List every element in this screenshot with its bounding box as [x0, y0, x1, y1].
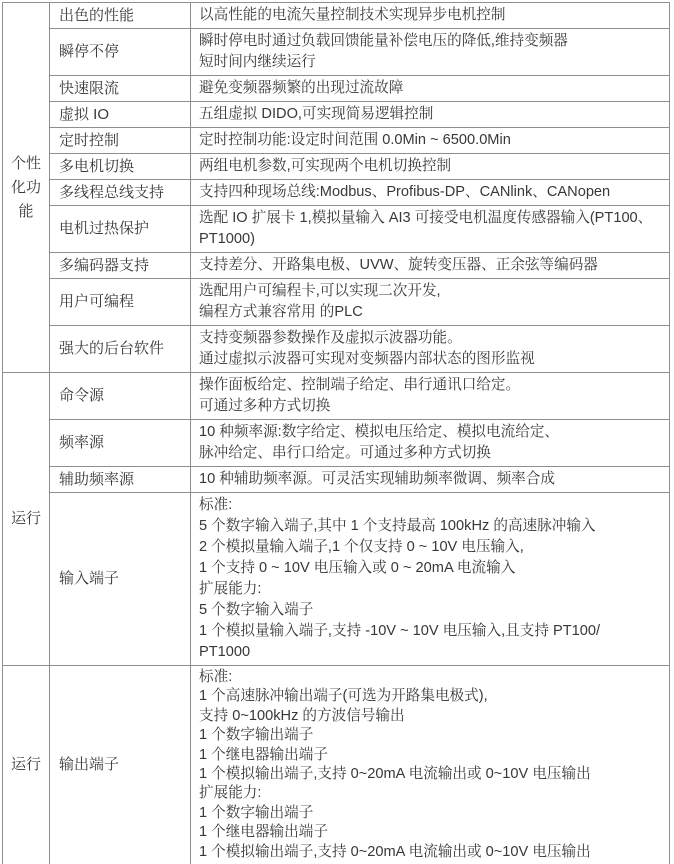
table-row: 电机过热保护 选配 IO 扩展卡 1,模拟量输入 AI3 可接受电机温度传感器输…: [50, 206, 669, 253]
feature-description-cell: 选配 IO 扩展卡 1,模拟量输入 AI3 可接受电机温度传感器输入(PT100…: [191, 206, 669, 252]
table-row: 强大的后台软件 支持变频器参数操作及虚拟示波器功能。 通过虚拟示波器可实现对变频…: [50, 326, 669, 372]
feature-name-cell: 输出端子: [50, 666, 191, 864]
feature-description-cell: 支持四种现场总线:Modbus、Profibus-DP、CANlink、CANo…: [191, 180, 669, 205]
feature-description-cell: 定时控制功能:设定时间范围 0.0Min ~ 6500.0Min: [191, 128, 669, 153]
feature-description-cell: 操作面板给定、控制端子给定、串行通讯口给定。 可通过多种方式切换: [191, 373, 669, 419]
feature-name-cell: 多编码器支持: [50, 253, 191, 278]
section-rows: 输出端子 标准: 1 个高速脉冲输出端子(可选为开路集电极式), 支持 0~10…: [50, 666, 669, 864]
feature-name-cell: 频率源: [50, 420, 191, 466]
table-row: 快速限流 避免变频器频繁的出现过流故障: [50, 76, 669, 102]
category-cell: 运行: [3, 373, 50, 665]
section-operation-2: 运行 输出端子 标准: 1 个高速脉冲输出端子(可选为开路集电极式), 支持 0…: [3, 666, 669, 864]
table-row: 输出端子 标准: 1 个高速脉冲输出端子(可选为开路集电极式), 支持 0~10…: [50, 666, 669, 864]
feature-name-cell: 用户可编程: [50, 279, 191, 325]
feature-name-cell: 电机过热保护: [50, 206, 191, 252]
feature-description-cell: 五组虚拟 DIDO,可实现简易逻辑控制: [191, 102, 669, 127]
feature-description-cell: 标准: 1 个高速脉冲输出端子(可选为开路集电极式), 支持 0~100kHz …: [191, 666, 669, 864]
feature-description-cell: 避免变频器频繁的出现过流故障: [191, 76, 669, 101]
feature-description-cell: 以高性能的电流矢量控制技术实现异步电机控制: [191, 3, 669, 28]
section-rows: 命令源 操作面板给定、控制端子给定、串行通讯口给定。 可通过多种方式切换 频率源…: [50, 373, 669, 665]
feature-name-cell: 多电机切换: [50, 154, 191, 179]
section-personalization: 个性化功能 出色的性能 以高性能的电流矢量控制技术实现异步电机控制 瞬停不停 瞬…: [3, 3, 669, 373]
feature-name-cell: 辅助频率源: [50, 467, 191, 492]
feature-description-cell: 选配用户可编程卡,可以实现二次开发, 编程方式兼容常用 的PLC: [191, 279, 669, 325]
category-cell: 运行: [3, 666, 50, 864]
section-operation-1: 运行 命令源 操作面板给定、控制端子给定、串行通讯口给定。 可通过多种方式切换 …: [3, 373, 669, 666]
feature-description-cell: 10 种辅助频率源。可灵活实现辅助频率微调、频率合成: [191, 467, 669, 492]
table-row: 瞬停不停 瞬时停电时通过负载回馈能量补偿电压的降低,维持变频器 短时间内继续运行: [50, 29, 669, 76]
feature-description-cell: 标准: 5 个数字输入端子,其中 1 个支持最高 100kHz 的高速脉冲输入 …: [191, 493, 669, 665]
feature-description-cell: 两组电机参数,可实现两个电机切换控制: [191, 154, 669, 179]
feature-description-cell: 支持变频器参数操作及虚拟示波器功能。 通过虚拟示波器可实现对变频器内部状态的图形…: [191, 326, 669, 372]
feature-description-cell: 支持差分、开路集电极、UVW、旋转变压器、正余弦等编码器: [191, 253, 669, 278]
feature-name-cell: 快速限流: [50, 76, 191, 101]
category-cell: 个性化功能: [3, 3, 50, 372]
table-row: 辅助频率源 10 种辅助频率源。可灵活实现辅助频率微调、频率合成: [50, 467, 669, 493]
table-row: 多编码器支持 支持差分、开路集电极、UVW、旋转变压器、正余弦等编码器: [50, 253, 669, 279]
feature-description-cell: 10 种频率源:数字给定、模拟电压给定、模拟电流给定、 脉冲给定、串行口给定。可…: [191, 420, 669, 466]
feature-name-cell: 命令源: [50, 373, 191, 419]
feature-name-cell: 多线程总线支持: [50, 180, 191, 205]
feature-name-cell: 输入端子: [50, 493, 191, 665]
feature-name-cell: 出色的性能: [50, 3, 191, 28]
table-row: 命令源 操作面板给定、控制端子给定、串行通讯口给定。 可通过多种方式切换: [50, 373, 669, 420]
table-row: 输入端子 标准: 5 个数字输入端子,其中 1 个支持最高 100kHz 的高速…: [50, 493, 669, 665]
table-row: 出色的性能 以高性能的电流矢量控制技术实现异步电机控制: [50, 3, 669, 29]
spec-document-page: 个性化功能 出色的性能 以高性能的电流矢量控制技术实现异步电机控制 瞬停不停 瞬…: [0, 0, 674, 864]
table-row: 频率源 10 种频率源:数字给定、模拟电压给定、模拟电流给定、 脉冲给定、串行口…: [50, 420, 669, 467]
feature-name-cell: 定时控制: [50, 128, 191, 153]
feature-name-cell: 瞬停不停: [50, 29, 191, 75]
feature-name-cell: 虚拟 IO: [50, 102, 191, 127]
section-rows: 出色的性能 以高性能的电流矢量控制技术实现异步电机控制 瞬停不停 瞬时停电时通过…: [50, 3, 669, 372]
table-row: 虚拟 IO 五组虚拟 DIDO,可实现简易逻辑控制: [50, 102, 669, 128]
feature-name-cell: 强大的后台软件: [50, 326, 191, 372]
table-row: 多线程总线支持 支持四种现场总线:Modbus、Profibus-DP、CANl…: [50, 180, 669, 206]
table-row: 用户可编程 选配用户可编程卡,可以实现二次开发, 编程方式兼容常用 的PLC: [50, 279, 669, 326]
feature-spec-table: 个性化功能 出色的性能 以高性能的电流矢量控制技术实现异步电机控制 瞬停不停 瞬…: [2, 2, 670, 864]
table-row: 多电机切换 两组电机参数,可实现两个电机切换控制: [50, 154, 669, 180]
feature-description-cell: 瞬时停电时通过负载回馈能量补偿电压的降低,维持变频器 短时间内继续运行: [191, 29, 669, 75]
table-row: 定时控制 定时控制功能:设定时间范围 0.0Min ~ 6500.0Min: [50, 128, 669, 154]
